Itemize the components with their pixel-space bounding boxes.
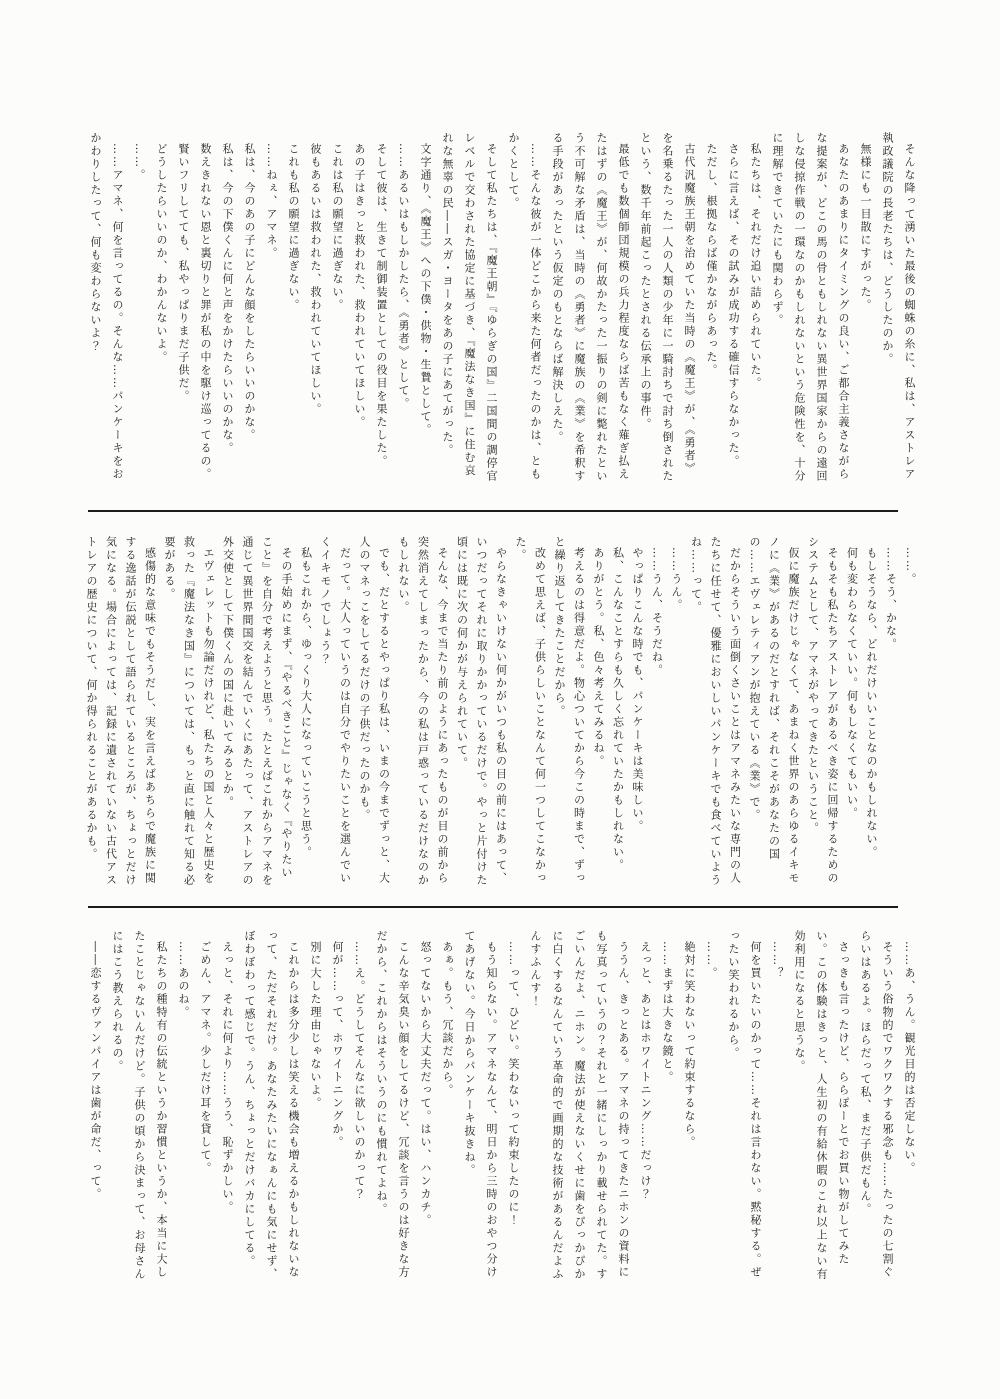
paragraph: えっと、あとはホワイトニング……だっけ？ — [634, 930, 656, 1282]
paragraph: さっきも言ったけど、ららぽーとでお買い物がしてみたい。この体験はきっと、人生初の… — [788, 930, 854, 1282]
paragraph: 私は、今の下僕くんに何と声をかけたらいいのかな。 — [216, 132, 238, 484]
paragraph: 何も変わらなくていい。何もしなくてもいい。 — [842, 536, 862, 888]
paragraph: その手始めにまず、『やるべきこと』じゃなく『やりたいこと』を自分で考えようと思う… — [218, 536, 296, 888]
paragraph: ……。 — [901, 536, 921, 888]
section-divider — [88, 510, 898, 512]
paragraph: でも、だとするとやっぱり私は、いまの今までずっと、大人のマネっこをしてるだけの子… — [355, 536, 394, 888]
paragraph: ……？ — [766, 930, 788, 1282]
paragraph: 感傷的な意味でもそうだし、実を言えばあちらで魔族に関する逸話が伝説として語られて… — [82, 536, 160, 888]
paragraph: 私もこれから、ゆっくり大人になっていこうと思う。 — [296, 536, 316, 888]
paragraph: もう知らない。アマネなんて、明日から三時のおやつ分けてあげない。今日からパンケー… — [458, 930, 502, 1282]
paragraph: そんな降って湧いた最後の蜘蛛の糸に、私は、アストレア執政議院の長老たちは、どうし… — [876, 132, 920, 484]
paragraph: これは私の願望に過ぎない。 — [326, 132, 348, 484]
paragraph: ……って、ひどい。笑わないって約束したのに！ — [502, 930, 524, 1282]
paragraph: だからそういう面倒くさいことはアマネみたいな専門の人たちに任せて、優雅においしい… — [686, 536, 745, 888]
paragraph: やらなきゃいけない何かがいつも私の目の前にはあって、いつだってそれに取りかかって… — [452, 536, 511, 888]
paragraph: さらに言えば、その試みが成功する確信すらなかった。 — [722, 132, 744, 484]
novel-text-section-1: そんな降って湧いた最後の蜘蛛の糸に、私は、アストレア執政議院の長老たちは、どうし… — [84, 132, 920, 484]
paragraph: 何を買いたいのかって……それは言わない。黙秘する。ぜったい笑われるから。 — [722, 930, 766, 1282]
paragraph: 別に大した理由じゃないよ。 — [304, 930, 326, 1282]
paragraph: 私たちは、それだけ追い詰められていた。 — [744, 132, 766, 484]
paragraph: エヴェレットも勿論だけれど、私たちの国と人々と歴史を救った『魔法なき国』について… — [160, 536, 219, 888]
paragraph: もしそうなら、どれだけいいことなのかもしれない。 — [862, 536, 882, 888]
paragraph: だって。大人っていうのは自分でやりたいことを選んでいくイキモノでしょう？ — [316, 536, 355, 888]
paragraph: どうしたらいいのか、わかんないよ。 — [150, 132, 172, 484]
paragraph: ううん、きっとある。アマネの持ってきたニホンの資料にも写真っていうの？それと一緒… — [524, 930, 634, 1282]
paragraph: ……うん、そうだね。 — [647, 536, 667, 888]
paragraph: これからは多分少しは笑える機会も増えるかもしれないなって、ただそれだけ。あなたみ… — [238, 930, 304, 1282]
paragraph: 数えきれない恩と裏切りと罪が私の中を駆け巡ってるの。 — [194, 132, 216, 484]
paragraph: そして彼は、生きて制御装置としての役目を果たした。 — [370, 132, 392, 484]
paragraph: 無様にも一目散にすがった。 — [854, 132, 876, 484]
paragraph: 私、こんなことすらも久しく忘れていたかもしれない。 — [608, 536, 628, 888]
paragraph: あの子はきっと救われた、救われていてほしい。 — [348, 132, 370, 484]
paragraph: 私たちの種特有の伝統というか習慣というか、本当に大したことじゃないんだけど。子供… — [106, 930, 172, 1282]
paragraph: これも私の願望に過ぎない。 — [282, 132, 304, 484]
paragraph: 私は、今のあの子にどんな顔をしたらいいのかな。 — [238, 132, 260, 484]
paragraph: 最低でも数個師団規模の兵力程度ならば苦もなく薙ぎ払えたはずの《魔王》が、何故かた… — [546, 132, 634, 484]
paragraph: 彼もあるいは救われた、救われていてほしい。 — [304, 132, 326, 484]
paragraph: ……そう、かな。 — [881, 536, 901, 888]
paragraph: 賢いフリしてても、私やっぱりまだ子供だ。 — [172, 132, 194, 484]
paragraph: 古代汎魔族王朝を治めていた当時の《魔王》が、《勇者》を名乗るたった一人の人類の少… — [634, 132, 700, 484]
paragraph: ただし、根拠ならば僅かながらあった。 — [700, 132, 722, 484]
paragraph: ――恋するヴァンパイアは歯が命だ、って。 — [84, 930, 106, 1282]
paragraph: そんな、今まで当たり前のようにあったものが目の前から突然消えてしまったから、今の… — [394, 536, 453, 888]
paragraph: ごめん、アマネ。少しだけ耳を貸して。 — [194, 930, 216, 1282]
paragraph: えっと、それに何より……うう、恥ずかしい。 — [216, 930, 238, 1282]
paragraph: ……アマネ、何を言ってるの。そんな……パンケーキをおかわりしたって、何も変わらな… — [84, 132, 128, 484]
paragraph: 仮に魔族だけじゃなくて、あまねく世界のあらゆるイキモノに《業》があるのだとすれば… — [745, 536, 804, 888]
paragraph: 文字通り、《魔王》への下僕・供物・生贄として。 — [414, 132, 436, 484]
paragraph: ……あるいはもしかしたら、《勇者》として。 — [392, 132, 414, 484]
paragraph: ……うん。 — [667, 536, 687, 888]
paragraph: ……え。どうしてそんなに欲しいのかって？ — [348, 930, 370, 1282]
paragraph: ……あのね。 — [172, 930, 194, 1282]
novel-text-section-3: ……あ、うん。観光目的は否定しない。そういう俗物的でワクワクする邪念も……たった… — [84, 930, 920, 1282]
paragraph: 考えるのは得意だよ。物心ついてから今この時まで、ずっと繰り返してきたことだから。 — [550, 536, 589, 888]
novel-text-section-2: ……。……そう、かな。もしそうなら、どれだけいいことなのかもしれない。何も変わら… — [82, 536, 921, 888]
paragraph: 改めて思えば、子供らしいことなんて何一つしてこなかった。 — [511, 536, 550, 888]
paragraph: 何が……って、ホワイトニングか。 — [326, 930, 348, 1282]
paragraph: こんな辛気臭い顔をしてるけど、冗談を言うのは好きな方だから、これからはそういうの… — [370, 930, 414, 1282]
paragraph: そういう俗物的でワクワクする邪念も……たったの七割ぐらいはあるよ。ほらだって私、… — [854, 930, 898, 1282]
section-divider — [88, 906, 898, 908]
paragraph: やっぱりこんな時でも、パンケーキは美味しい。 — [628, 536, 648, 888]
scanned-page: そんな降って湧いた最後の蜘蛛の糸に、私は、アストレア執政議院の長老たちは、どうし… — [0, 0, 1000, 1399]
paragraph: あぁ。もう、冗談だから。 — [436, 930, 458, 1282]
paragraph: ……。 — [128, 132, 150, 484]
paragraph: ……ねぇ、アマネ。 — [260, 132, 282, 484]
paragraph: 怒ってないから大丈夫だって。はい、ハンカチ。 — [414, 930, 436, 1282]
paragraph: そもそも私たちアストレアがあるべき姿に回帰するためのシステムとして、アマネがやっ… — [803, 536, 842, 888]
paragraph: そして私たちは、『魔王朝』『ゆらぎの国』二国間の調停官レベルで交わされた協定に基… — [436, 132, 502, 484]
paragraph: ……そんな彼が一体どこから来た何者だったのかは、ともかくとして。 — [502, 132, 546, 484]
paragraph: 絶対に笑わないって約束するなら。 — [678, 930, 700, 1282]
paragraph: ……まずは大きな鏡と。 — [656, 930, 678, 1282]
paragraph: ……あ、うん。観光目的は否定しない。 — [898, 930, 920, 1282]
paragraph: あなたのあまりにタイミングの良い、ご都合主義さながらな提案が、どこの馬の骨ともし… — [766, 132, 854, 484]
paragraph: ……。 — [700, 930, 722, 1282]
paragraph: ありがとう。私、色々考えてみるね。 — [589, 536, 609, 888]
